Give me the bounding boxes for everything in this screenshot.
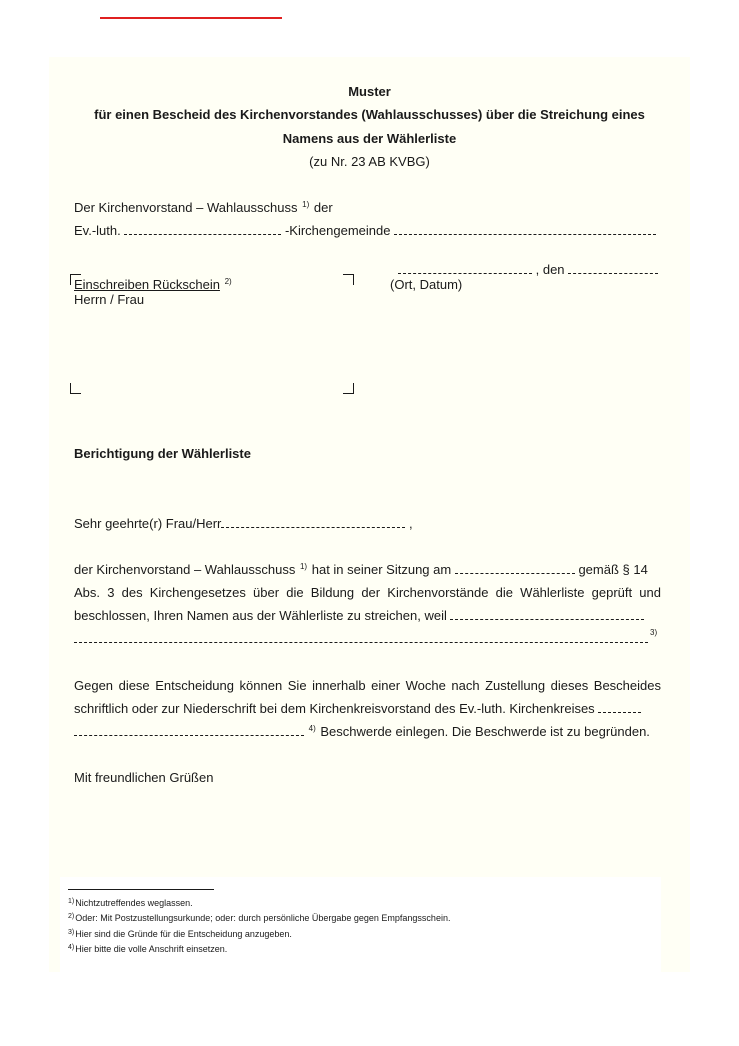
footnote-separator <box>68 889 214 890</box>
document-subtitle-line2: Namens aus der Wählerliste <box>49 131 690 146</box>
document-subtitle-line1: für einen Bescheid des Kirchenvorstandes… <box>49 107 690 122</box>
p2-text-l2: schriftlich oder zur Niederschrift bei d… <box>74 701 595 716</box>
den-label: , den <box>536 262 565 277</box>
document-page <box>49 57 690 972</box>
footnote-2-text: Oder: Mit Postzustellungsurkunde; oder: … <box>75 913 450 923</box>
document-title: Muster <box>49 84 690 99</box>
red-accent-line <box>100 17 282 19</box>
footnote-3-mark: 3) <box>68 929 74 936</box>
footnote-1: 1)Nichtzutreffendes weglassen. <box>68 898 193 908</box>
address-window-corner-tr <box>343 274 354 285</box>
footnote-ref-1b: 1) <box>300 562 307 571</box>
footnote-1-mark: 1) <box>68 898 74 905</box>
sender-prefix: Ev.-luth. <box>74 223 121 238</box>
footnote-ref-3: 3) <box>650 628 657 637</box>
salutation-end: , <box>409 516 413 531</box>
salutation: Sehr geehrte(r) Frau/Herr , <box>74 516 413 531</box>
address-window-corner-br <box>343 383 354 394</box>
p1-text-c: gemäß § 14 <box>578 562 647 577</box>
sender-line2: Ev.-luth. -Kirchengemeinde <box>74 223 656 238</box>
recipient-label: Herrn / Frau <box>74 292 144 307</box>
place-field[interactable] <box>398 263 532 274</box>
footnote-3-text: Hier sind die Gründe für die Entscheidun… <box>75 929 292 939</box>
sender-end: der <box>314 200 333 215</box>
place-date-line: , den <box>398 262 658 277</box>
footnote-4-mark: 4) <box>68 944 74 951</box>
footnote-ref-1: 1) <box>302 200 309 209</box>
p1-text-a: der Kirchenvorstand – Wahlausschuss <box>74 562 295 577</box>
footnote-1-text: Nichtzutreffendes weglassen. <box>75 898 192 908</box>
p2-text-l3: Beschwerde einlegen. Die Beschwerde ist … <box>320 724 650 739</box>
paragraph2-line1: Gegen diese Entscheidung können Sie inne… <box>74 678 661 693</box>
session-date-field[interactable] <box>455 563 575 574</box>
p1-text-b: hat in seiner Sitzung am <box>312 562 451 577</box>
church-district-field-1[interactable] <box>598 702 641 713</box>
footnote-4-text: Hier bitte die volle Anschrift einsetzen… <box>75 944 227 954</box>
reason-field-1[interactable] <box>450 609 644 620</box>
closing: Mit freundlichen Grüßen <box>74 770 213 785</box>
address-window-corner-bl <box>70 383 81 394</box>
paragraph1-line4 <box>74 631 648 646</box>
footnote-2-mark: 2) <box>68 913 74 920</box>
paragraph2-line2: schriftlich oder zur Niederschrift bei d… <box>74 701 641 716</box>
paragraph2-line3: 4) Beschwerde einlegen. Die Beschwerde i… <box>74 724 650 739</box>
paragraph1-line1: der Kirchenvorstand – Wahlausschuss 1) h… <box>74 562 648 577</box>
p1-text-l3: beschlossen, Ihren Namen aus der Wählerl… <box>74 608 447 623</box>
congregation-location-field[interactable] <box>394 224 656 235</box>
subject-line: Berichtigung der Wählerliste <box>74 446 251 461</box>
paragraph1-line2: Abs. 3 des Kirchengesetzes über die Bild… <box>74 585 661 600</box>
document-reference: (zu Nr. 23 AB KVBG) <box>49 154 690 169</box>
place-date-caption: (Ort, Datum) <box>390 277 462 292</box>
footnote-3: 3)Hier sind die Gründe für die Entscheid… <box>68 929 292 939</box>
sender-mid: -Kirchengemeinde <box>285 223 391 238</box>
church-district-field-2[interactable] <box>74 725 304 736</box>
footnote-ref-4: 4) <box>309 724 316 733</box>
paragraph1-line3: beschlossen, Ihren Namen aus der Wählerl… <box>74 608 644 623</box>
salutation-text: Sehr geehrte(r) Frau/Herr <box>74 516 221 531</box>
sender-line1: Der Kirchenvorstand – Wahlausschuss 1) d… <box>74 200 333 215</box>
delivery-method-label: Einschreiben Rückschein <box>74 277 220 292</box>
footnote-ref-2: 2) <box>225 277 232 286</box>
footnote-4: 4)Hier bitte die volle Anschrift einsetz… <box>68 944 227 954</box>
reason-field-2[interactable] <box>74 632 648 643</box>
footnote-2: 2)Oder: Mit Postzustellungsurkunde; oder… <box>68 913 450 923</box>
recipient-name-field[interactable] <box>221 517 405 528</box>
delivery-method: Einschreiben Rückschein 2) <box>74 277 233 292</box>
date-field[interactable] <box>568 263 658 274</box>
congregation-name-field[interactable] <box>124 224 281 235</box>
footnotes-section: 1)Nichtzutreffendes weglassen. 2)Oder: M… <box>60 877 661 972</box>
sender-text: Der Kirchenvorstand – Wahlausschuss <box>74 200 298 215</box>
